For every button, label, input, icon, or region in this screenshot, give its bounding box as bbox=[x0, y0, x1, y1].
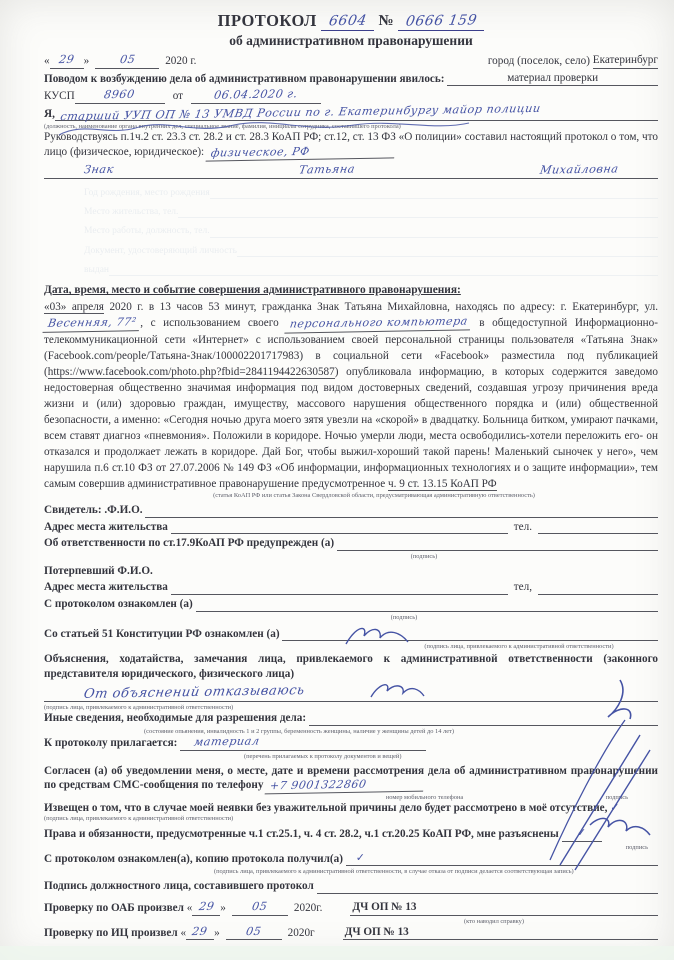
sign-caption-2: (подпись) bbox=[324, 614, 484, 621]
rights-row: Права и обязанности, предусмотренные ч.1… bbox=[44, 826, 658, 842]
kusp-number: 8960 bbox=[103, 88, 136, 103]
quote-close: » bbox=[84, 54, 90, 69]
signature-ink bbox=[342, 624, 412, 650]
ot-label: от bbox=[173, 89, 183, 104]
officer-field: старший УУП ОП № 13 УМВД России по г. Ек… bbox=[55, 106, 658, 122]
month-value: 05 bbox=[118, 53, 136, 68]
responsibility-label: Об ответственности по ст.17.9КоАП РФ пре… bbox=[44, 536, 334, 551]
faded-personal-data-block: Год рождения, место рождения Место жител… bbox=[84, 187, 658, 277]
protocol-number-field: 0666 159 bbox=[398, 12, 485, 31]
protocol-number-value: 0666 159 bbox=[404, 12, 478, 31]
ic-row: Проверку по ИЦ произвел « 29 » 05 2020г … bbox=[44, 925, 658, 941]
phone-caption: номер мобильного телефона bbox=[386, 794, 463, 801]
kusp-date-field: 06.04.2020 г. bbox=[191, 88, 321, 104]
article-caption: (статья КоАП РФ или статья Закона Свердл… bbox=[164, 492, 584, 499]
day-value: 29 bbox=[58, 53, 76, 68]
reason-row: Поводом к возбуждению дела об администра… bbox=[44, 71, 658, 87]
faded-line: Место жительства, тел. bbox=[84, 206, 658, 218]
copy-text: С протоколом ознакомлен(а), копию проток… bbox=[44, 852, 343, 867]
who-caption: (кто наводил справку) bbox=[464, 918, 658, 925]
oab-day: 29 bbox=[197, 900, 215, 915]
faded-line: Год рождения, место рождения bbox=[84, 187, 658, 199]
signature-ink-2 bbox=[367, 681, 427, 701]
absence-text: Извещен о том, что в случае моей неявки … bbox=[44, 802, 607, 814]
attachment-field: материал bbox=[180, 735, 426, 751]
event-text-4: ) опубликовала информацию, в которых сод… bbox=[44, 366, 658, 490]
faded-birth-label: Год рождения, место рождения bbox=[84, 187, 210, 199]
oab-duty-unit: ДЧ ОП № 13 bbox=[350, 900, 658, 916]
rights-checkmark: ✓ bbox=[577, 826, 586, 839]
protocol-series-value: 6604 bbox=[327, 12, 368, 31]
witness-row: Свидетель: .Ф.И.О. bbox=[44, 503, 658, 518]
street-value: Весенняя, 77² bbox=[43, 314, 142, 332]
ic-day: 29 bbox=[191, 924, 209, 939]
person-type-value: физическое, РФ bbox=[205, 143, 396, 162]
oab-day-field: 29 bbox=[192, 900, 220, 916]
oab-month: 05 bbox=[251, 900, 269, 915]
tel-label: тел. bbox=[514, 520, 532, 535]
city-label: город (поселок, село) bbox=[488, 54, 590, 69]
document-content: ПРОТОКОЛ 6604 № 0666 159 об администрати… bbox=[0, 0, 674, 940]
copy-sign-field: ✓ bbox=[346, 851, 658, 867]
article-ref: ч. 9 ст. 13.15 КоАП РФ bbox=[388, 478, 497, 491]
address-label: Адрес места жительства bbox=[44, 520, 168, 535]
official-signature-label: Подпись должностного лица, составившего … bbox=[44, 879, 314, 894]
day-field: 29 bbox=[50, 53, 84, 69]
victim-label: Потерпевший Ф.И.О. bbox=[44, 564, 153, 579]
month-field: 05 bbox=[95, 53, 159, 69]
event-paragraph: «03» апреля 2020 г. в 13 часов 53 минут,… bbox=[44, 299, 658, 492]
rights-sign-field: ✓ bbox=[562, 826, 602, 842]
oab-row: Проверку по ОАБ произвел « 29 » 05 2020г… bbox=[44, 900, 658, 916]
event-text-2: , с использованием своего bbox=[140, 317, 286, 329]
faded-line: Место работы, должность, тел. bbox=[84, 225, 658, 237]
official-signature-row: Подпись должностного лица, составившего … bbox=[44, 879, 658, 894]
person-sign-caption-2: (подпись лица, привлекаемого к администр… bbox=[44, 704, 658, 711]
reason-value: материал проверки bbox=[447, 71, 658, 87]
device-value: персонального компьютера bbox=[285, 314, 474, 334]
explanation-hand-row: От объяснений отказываюсь bbox=[44, 681, 658, 702]
name-row: Знак Татьяна Михайловна bbox=[44, 163, 658, 179]
city-value: Екатеринбург bbox=[593, 53, 658, 69]
reason-label: Поводом к возбуждению дела об администра… bbox=[44, 72, 445, 87]
copy-row: С протоколом ознакомлен(а), копию проток… bbox=[44, 851, 658, 867]
rights-text: Права и обязанности, предусмотренные ч.1… bbox=[44, 827, 559, 842]
kusp-number-field: 8960 bbox=[75, 88, 165, 104]
explanations-paragraph: Объяснения, ходатайства, замечания лица,… bbox=[44, 652, 658, 681]
ic-label: Проверку по ИЦ произвел bbox=[44, 926, 178, 941]
faded-work-label: Место работы, должность, тел. bbox=[84, 225, 210, 237]
patronymic-value: Михайловна bbox=[538, 162, 619, 178]
kusp-row: КУСП 8960 от 06.04.2020 г. bbox=[44, 88, 658, 104]
oab-year: 2020г. bbox=[294, 901, 323, 916]
article51-row: Со статьей 51 Конституции РФ ознакомлен … bbox=[44, 627, 658, 642]
copy-checkmark: ✓ bbox=[356, 851, 365, 864]
absence-paragraph: Извещен о том, что в случае моей неявки … bbox=[44, 801, 658, 816]
document-subtitle: об административном правонарушении bbox=[44, 32, 658, 50]
officer-caption-text: (должность, наименование органа внутренн… bbox=[44, 123, 401, 130]
officer-caption: (должность, наименование органа внутренн… bbox=[44, 123, 658, 130]
facebook-link: https://www.facebook.com/photo.php?fbid=… bbox=[48, 366, 335, 379]
title-row: ПРОТОКОЛ 6604 № 0666 159 bbox=[44, 10, 658, 31]
ic-month-field: 05 bbox=[226, 925, 282, 941]
kusp-date: 06.04.2020 г. bbox=[213, 87, 299, 103]
kusp-label: КУСП bbox=[44, 89, 75, 104]
oab-label: Проверку по ОАБ произвел bbox=[44, 901, 184, 916]
name-field: Знак Татьяна Михайловна bbox=[44, 163, 658, 179]
guided-paragraph: Руководствуясь п.1ч.2 ст. 23.3 ст. 28.2 … bbox=[44, 130, 658, 160]
event-text-1: 2020 г. в 13 часов 53 минут, гражданка З… bbox=[104, 301, 658, 313]
oab-quote-close: » bbox=[220, 901, 226, 916]
ic-month: 05 bbox=[245, 924, 263, 939]
other-info-caption: (состояние опьянения, инвалидность 1 и 2… bbox=[144, 728, 658, 735]
official-signature-field bbox=[317, 893, 658, 894]
surname-value: Знак bbox=[83, 163, 115, 178]
firstname-value: Татьяна bbox=[298, 163, 356, 179]
copy-caption: (подпись лица, привлекаемого к администр… bbox=[214, 868, 658, 875]
year-label: 2020 г. bbox=[165, 54, 196, 69]
tel2-label: тел, bbox=[514, 580, 532, 595]
protocol-series-field: 6604 bbox=[321, 12, 375, 31]
date-city-row: « 29 » 05 2020 г. город (поселок, село) … bbox=[44, 53, 658, 69]
faded-line: Документ, удостоверяющий личность bbox=[84, 245, 658, 257]
officer-row: Я, старший УУП ОП № 13 УМВД России по г.… bbox=[44, 106, 658, 122]
faded-residence-label: Место жительства, тел. bbox=[84, 206, 178, 218]
person-sign-caption-3: (подпись лица, привлекаемого к администр… bbox=[44, 815, 658, 822]
sign-small-caption-2: подпись bbox=[44, 844, 648, 851]
oab-month-field: 05 bbox=[232, 900, 288, 916]
victim-address-row: Адрес места жительства тел, bbox=[44, 580, 658, 595]
attachment-label: К протоколу прилагается: bbox=[44, 736, 177, 751]
familiar-label: С протоколом ознакомлен (а) bbox=[44, 597, 193, 612]
faded-issued-label: выдан bbox=[84, 264, 109, 276]
officer-value: старший УУП ОП № 13 УМВД России по г. Ек… bbox=[59, 101, 542, 124]
explanation-field: От объяснений отказываюсь bbox=[44, 681, 658, 702]
ic-year: 2020г bbox=[288, 926, 315, 941]
sign-small-caption: подпись bbox=[606, 794, 628, 801]
faded-id-label: Документ, удостоверяющий личность bbox=[84, 245, 237, 257]
explanations-label: Объяснения, ходатайства, замечания лица,… bbox=[44, 653, 658, 680]
protocol-document: ПРОТОКОЛ 6604 № 0666 159 об администрати… bbox=[0, 0, 674, 960]
responsibility-row: Об ответственности по ст.17.9КоАП РФ пре… bbox=[44, 536, 658, 551]
event-date: «03» апреля bbox=[44, 301, 104, 314]
explanation-value: От объяснений отказываюсь bbox=[82, 683, 305, 704]
attachment-caption: (перечень прилагаемых к протоколу докуме… bbox=[244, 753, 658, 760]
absence-checkmark: ✓ bbox=[610, 801, 619, 814]
address2-label: Адрес места жительства bbox=[44, 580, 168, 595]
phone-caption-row: номер мобильного телефона подпись bbox=[44, 794, 658, 801]
witness-label: Свидетель: .Ф.И.О. bbox=[44, 503, 143, 518]
victim-familiar-row: С протоколом ознакомлен (а) bbox=[44, 597, 658, 612]
ya-label: Я, bbox=[44, 107, 55, 122]
phone-value: +7 9001322860 bbox=[265, 777, 426, 795]
event-heading: Дата, время, место и событие совершения … bbox=[44, 283, 658, 298]
ic-duty-unit: ДЧ ОП № 13 bbox=[343, 925, 658, 941]
faded-line: выдан bbox=[84, 264, 658, 276]
number-sign: № bbox=[378, 12, 393, 32]
other-info-label: Иные сведения, необходимые для разрешени… bbox=[44, 711, 306, 726]
attachment-value: материал bbox=[193, 734, 261, 750]
article51-label: Со статьей 51 Конституции РФ ознакомлен … bbox=[44, 627, 280, 642]
sms-paragraph: Согласен (а) об уведомлении меня, о мест… bbox=[44, 764, 658, 794]
ic-day-field: 29 bbox=[186, 925, 214, 941]
sign-caption: (подпись) bbox=[344, 553, 504, 560]
document-title: ПРОТОКОЛ bbox=[218, 10, 317, 31]
attachment-row: К протоколу прилагается: материал bbox=[44, 735, 658, 751]
ic-quote-close: » bbox=[214, 926, 220, 941]
witness-address-row: Адрес места жительства тел. bbox=[44, 520, 658, 535]
victim-row: Потерпевший Ф.И.О. bbox=[44, 564, 658, 579]
other-info-row: Иные сведения, необходимые для разрешени… bbox=[44, 711, 658, 726]
